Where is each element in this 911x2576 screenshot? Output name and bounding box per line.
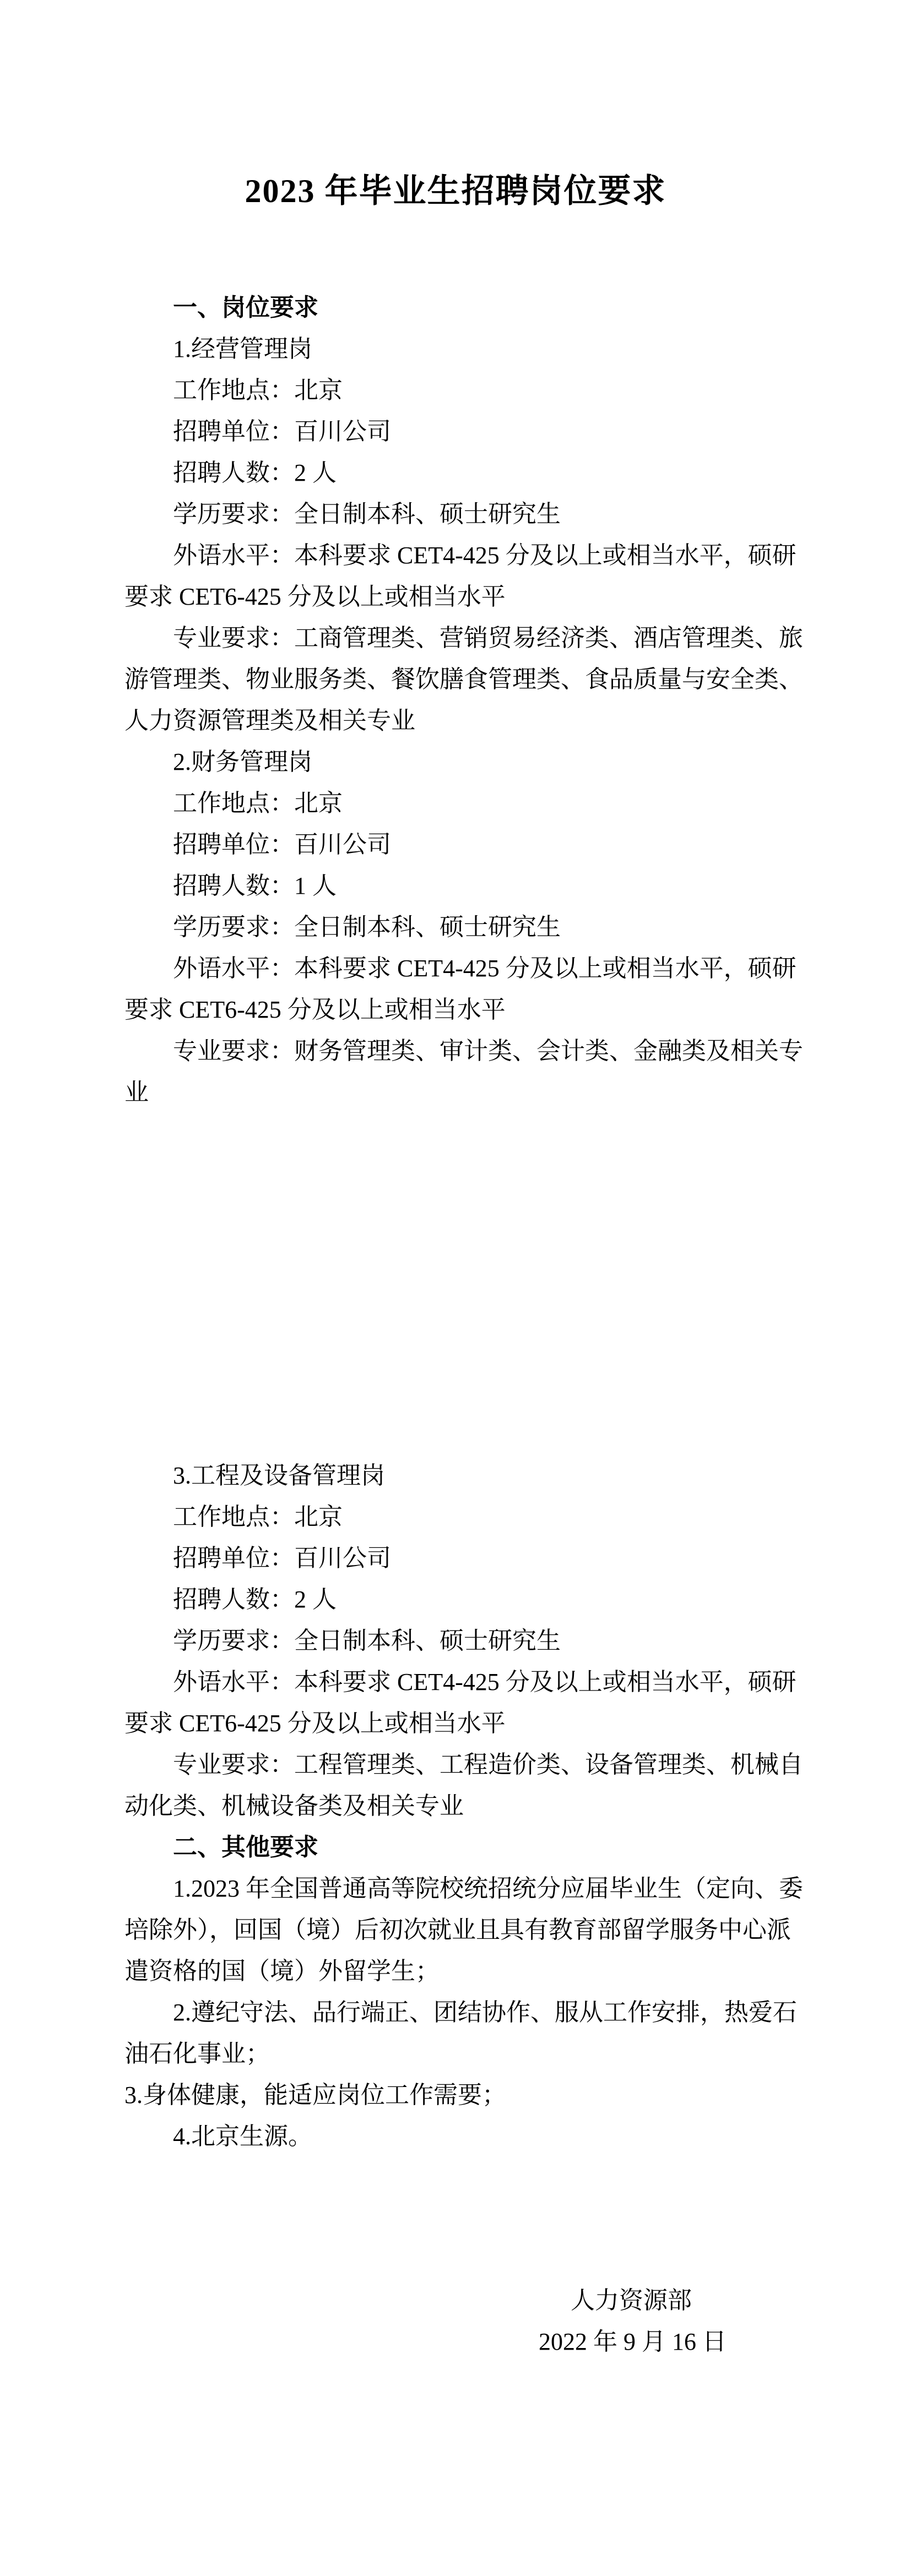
doc-line: 外语水平：本科要求 CET4-425 分及以上或相当水平，硕研 (124, 1661, 790, 1703)
doc-line: 动化类、机械设备类及相关专业 (124, 1785, 790, 1827)
doc-line: 油石化事业； (124, 2033, 790, 2074)
doc-line: 2.财务管理岗 (124, 741, 790, 782)
doc-line: 1.2023 年全国普通高等院校统招统分应届毕业生（定向、委 (124, 1868, 790, 1909)
doc-line: 游管理类、物业服务类、餐饮膳食管理类、食品质量与安全类、 (124, 659, 790, 700)
doc-line: 外语水平：本科要求 CET4-425 分及以上或相当水平，硕研 (124, 535, 790, 576)
doc-line: 专业要求：工程管理类、工程造价类、设备管理类、机械自 (124, 1744, 790, 1785)
doc-line: 招聘单位：百川公司 (124, 824, 790, 865)
doc-line: 招聘单位：百川公司 (124, 411, 790, 452)
doc-line: 要求 CET6-425 分及以上或相当水平 (124, 576, 790, 617)
page-2-body: 3.工程及设备管理岗工作地点：北京招聘单位：百川公司招聘人数：2 人学历要求：全… (124, 1455, 790, 2157)
doc-line: 招聘人数：1 人 (124, 865, 790, 906)
doc-line: 学历要求：全日制本科、硕士研究生 (124, 906, 790, 948)
doc-line: 工作地点：北京 (124, 369, 790, 411)
doc-line: 工作地点：北京 (124, 1496, 790, 1537)
doc-line: 专业要求：工商管理类、营销贸易经济类、酒店管理类、旅 (124, 617, 790, 659)
doc-line: 3.工程及设备管理岗 (124, 1455, 790, 1496)
doc-line: 学历要求：全日制本科、硕士研究生 (124, 493, 790, 535)
doc-line: 培除外），回国（境）后初次就业且具有教育部留学服务中心派 (124, 1909, 790, 1950)
doc-line: 4.北京生源。 (124, 2116, 790, 2157)
page-1: 2023 年毕业生招聘岗位要求 一、岗位要求1.经营管理岗工作地点：北京招聘单位… (0, 0, 911, 1288)
doc-line: 专业要求：财务管理类、审计类、会计类、金融类及相关专 (124, 1030, 790, 1072)
doc-line: 要求 CET6-425 分及以上或相当水平 (124, 1703, 790, 1744)
doc-line: 招聘人数：2 人 (124, 452, 790, 493)
doc-line: 2.遵纪守法、品行端正、团结协作、服从工作安排，热爱石 (124, 1992, 790, 2033)
doc-line: 业 (124, 1072, 790, 1113)
doc-line: 人力资源管理类及相关专业 (124, 700, 790, 741)
doc-line: 3.身体健康，能适应岗位工作需要； (124, 2074, 790, 2116)
doc-line: 1.经营管理岗 (124, 328, 790, 369)
document-title: 2023 年毕业生招聘岗位要求 (0, 166, 911, 216)
signature-date: 2022 年 9 月 16 日 (539, 2321, 724, 2362)
doc-line: 学历要求：全日制本科、硕士研究生 (124, 1620, 790, 1661)
signature-org: 人力资源部 (539, 2280, 724, 2321)
doc-line: 招聘单位：百川公司 (124, 1537, 790, 1579)
doc-line: 招聘人数：2 人 (124, 1579, 790, 1620)
doc-line: 工作地点：北京 (124, 782, 790, 824)
doc-line: 遣资格的国（境）外留学生； (124, 1950, 790, 1992)
section-heading: 一、岗位要求 (124, 287, 790, 328)
page-1-body: 一、岗位要求1.经营管理岗工作地点：北京招聘单位：百川公司招聘人数：2 人学历要… (124, 287, 790, 1113)
section-heading: 二、其他要求 (124, 1827, 790, 1868)
doc-line: 要求 CET6-425 分及以上或相当水平 (124, 989, 790, 1030)
doc-line: 外语水平：本科要求 CET4-425 分及以上或相当水平，硕研 (124, 948, 790, 989)
page-2: 3.工程及设备管理岗工作地点：北京招聘单位：百川公司招聘人数：2 人学历要求：全… (0, 1288, 911, 2576)
signature-block: 人力资源部 2022 年 9 月 16 日 (539, 2280, 724, 2362)
